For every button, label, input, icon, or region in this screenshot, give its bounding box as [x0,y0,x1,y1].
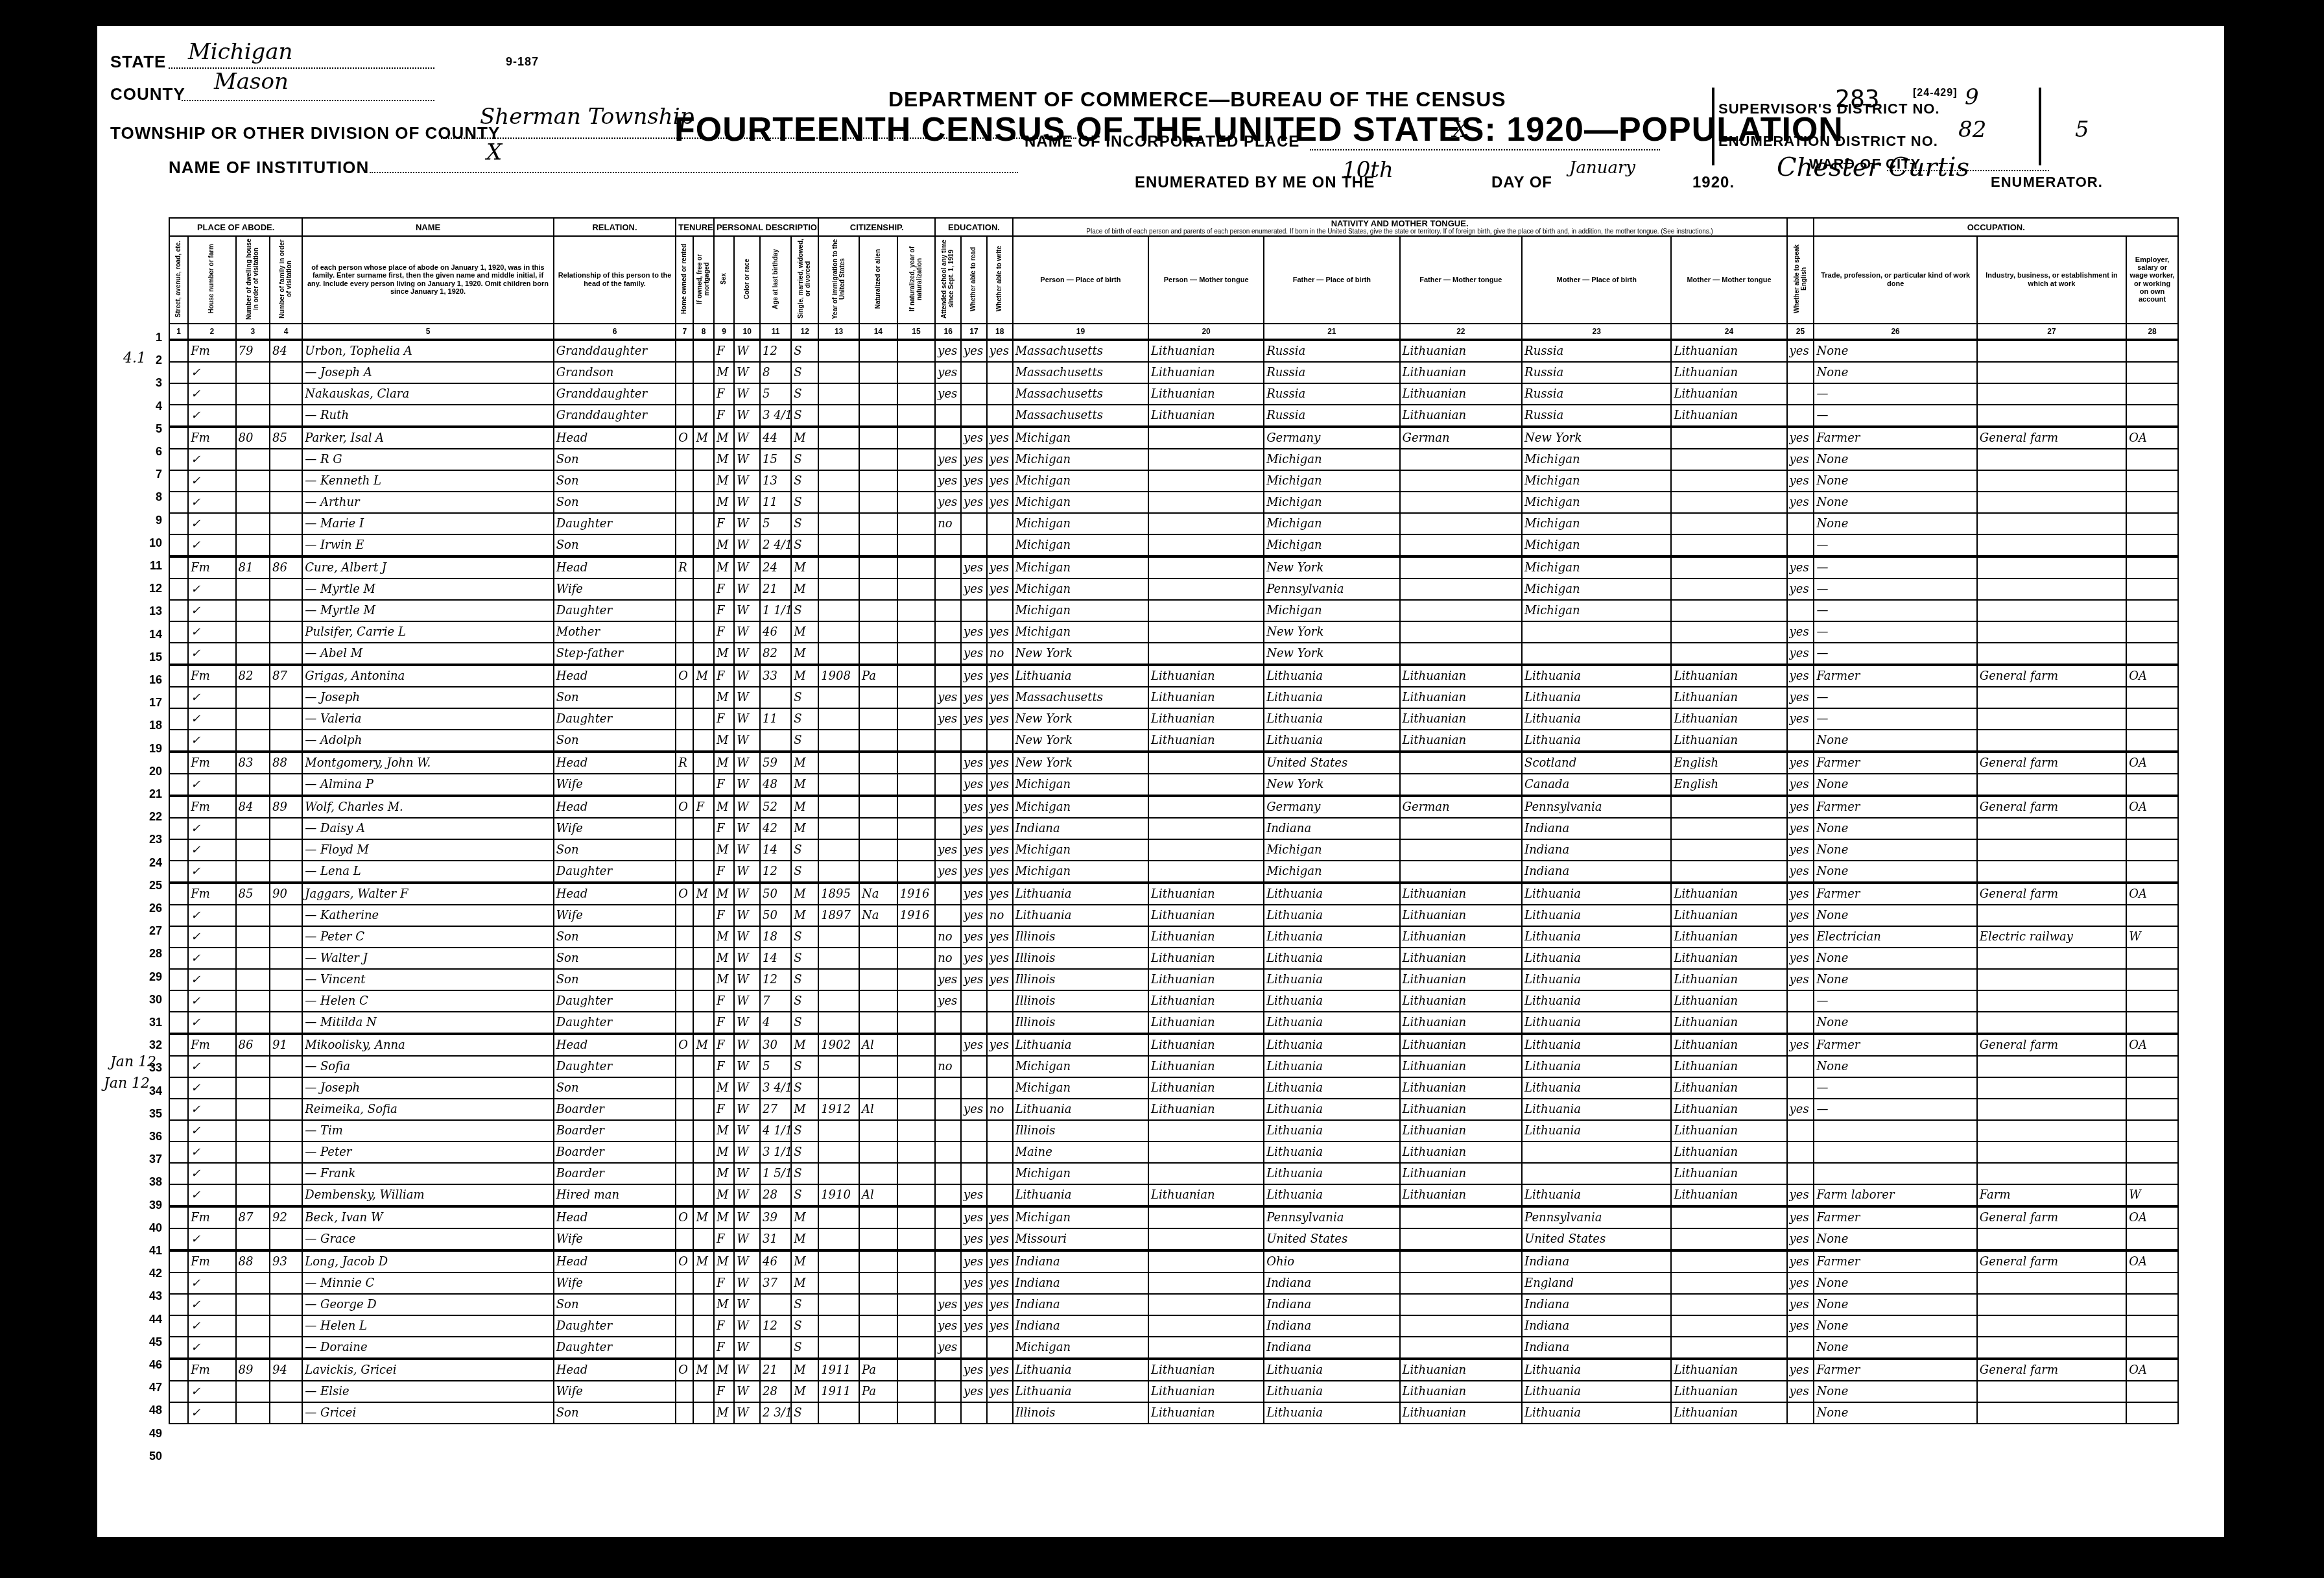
cell-own [676,470,693,492]
cell-age: 39 [760,1206,791,1228]
cell-family [270,1273,302,1294]
cell-tongue [1148,818,1264,839]
cell-name: — Minnie C [302,1273,553,1294]
cell-family [270,730,302,752]
cell-pob: Lithuania [1013,1034,1148,1056]
cell-immig [818,556,859,579]
cell-street [169,621,188,643]
cell-school: yes [935,839,961,861]
cell-school [935,556,961,579]
cell-m-tongue: Lithuanian [1671,1012,1786,1034]
cell-immig [818,752,859,774]
cell-tongue [1148,1163,1264,1184]
cell-occupation: None [1814,1337,1976,1359]
cell-immig [818,818,859,839]
cell-industry [1977,1056,2126,1077]
cell-read: yes [961,774,987,796]
cell-street [169,774,188,796]
cell-natyr [897,665,936,687]
cell-mort [693,600,713,621]
cell-industry [1977,730,2126,752]
cell-f-pob: Michigan [1264,513,1399,534]
cell-immig [818,990,859,1012]
cell-m-pob: Indiana [1522,1337,1671,1359]
table-row: Fm8792Beck, Ivan WHeadOMMW39MyesyesMichi… [169,1206,2178,1228]
cell-pob: Illinois [1013,1012,1148,1034]
cell-read [961,513,987,534]
cell-english: yes [1787,687,1814,708]
cell-m-pob [1522,1142,1671,1163]
cell-own [676,534,693,556]
cell-tongue [1148,427,1264,449]
table-row: ✓— KatherineWifeFW50M1897Na1916yesnoLith… [169,905,2178,926]
cell-name: Pulsifer, Carrie L [302,621,553,643]
cell-m-pob: England [1522,1273,1671,1294]
cell-school [935,665,961,687]
cell-relation: Daughter [554,600,676,621]
cell-own [676,1142,693,1163]
cell-read: yes [961,883,987,905]
cell-name: Montgomery, John W. [302,752,553,774]
cell-relation: Son [554,687,676,708]
cell-family [270,513,302,534]
cell-read: yes [961,861,987,883]
cell-mort [693,948,713,969]
cell-street [169,534,188,556]
line-number: 44 [136,1313,162,1326]
cell-f-tongue: Lithuanian [1400,340,1523,362]
cell-name: — Joseph [302,687,553,708]
sheet-number: 5 [2075,117,2089,143]
cell-immig: 1895 [818,883,859,905]
cell-street [169,1315,188,1337]
cell-employer [2126,905,2178,926]
cell-m-tongue: Lithuanian [1671,1381,1786,1402]
cell-read: yes [961,905,987,926]
cell-natyr [897,449,936,470]
cell-school [935,427,961,449]
cell-write: yes [987,1206,1013,1228]
cell-write: yes [987,708,1013,730]
cell-school [935,1012,961,1034]
cell-relation: Head [554,796,676,818]
cell-english: yes [1787,621,1814,643]
cell-race: W [734,990,760,1012]
cell-m-tongue: Lithuanian [1671,730,1786,752]
cell-write: yes [987,427,1013,449]
cell-pob: Michigan [1013,774,1148,796]
cell-marital: M [791,1273,818,1294]
cell-tongue [1148,1294,1264,1315]
cell-own [676,818,693,839]
cell-write [987,1142,1013,1163]
cell-employer [2126,1402,2178,1424]
cell-f-pob: Michigan [1264,600,1399,621]
col-header-10: Color or race [734,236,760,324]
cell-age: 7 [760,990,791,1012]
cell-f-pob: Ohio [1264,1250,1399,1273]
cell-race: W [734,1359,760,1381]
cell-natyr [897,1402,936,1424]
cell-mort [693,362,713,383]
cell-m-tongue: Lithuanian [1671,1120,1786,1142]
institution-label: NAME OF INSTITUTION [169,158,369,178]
col-header-12: Single, married, widowed, or divorced [791,236,818,324]
cell-dwelling [236,1163,270,1184]
cell-age: 24 [760,556,791,579]
cell-english: yes [1787,556,1814,579]
cell-abode: ✓ [188,1294,235,1315]
cell-nat [859,1273,897,1294]
cell-english: yes [1787,1206,1814,1228]
cell-natyr [897,948,936,969]
cell-f-tongue [1400,752,1523,774]
cell-abode: ✓ [188,969,235,990]
line-number: 17 [136,696,162,710]
cell-occupation: Electrician [1814,926,1976,948]
cell-street [169,1163,188,1184]
cell-race: W [734,1184,760,1206]
cell-natyr [897,926,936,948]
cell-mort [693,1056,713,1077]
cell-race: W [734,556,760,579]
cell-immig [818,969,859,990]
cell-relation: Head [554,883,676,905]
cell-mort [693,1228,713,1250]
cell-f-tongue: Lithuanian [1400,1402,1523,1424]
cell-family [270,492,302,513]
cell-age [760,1337,791,1359]
cell-school [935,1099,961,1120]
column-number: 23 [1522,324,1671,340]
cell-pob: Michigan [1013,1077,1148,1099]
cell-natyr [897,839,936,861]
cell-relation: Head [554,1250,676,1273]
cell-f-pob: Lithuania [1264,1381,1399,1402]
cell-pob: Michigan [1013,449,1148,470]
cell-dwelling [236,1056,270,1077]
cell-read: yes [961,492,987,513]
cell-occupation: — [1814,556,1976,579]
cell-race: W [734,1273,760,1294]
cell-immig [818,1012,859,1034]
cell-f-pob: Lithuania [1264,730,1399,752]
table-row: ✓— Irwin ESonMW2 4/12SMichiganMichiganMi… [169,534,2178,556]
cell-family: 89 [270,796,302,818]
cell-family [270,383,302,405]
cell-mort [693,492,713,513]
col-header-14: Naturalized or alien [859,236,897,324]
line-number: 25 [136,879,162,892]
cell-immig [818,383,859,405]
cell-dwelling [236,513,270,534]
cell-name: — Adolph [302,730,553,752]
cell-write [987,1056,1013,1077]
cell-street [169,883,188,905]
cell-pob: Massachusetts [1013,687,1148,708]
cell-read [961,1163,987,1184]
cell-family: 93 [270,1250,302,1273]
table-row: ✓— AdolphSonMWSNew YorkLithuanianLithuan… [169,730,2178,752]
cell-sex: F [714,405,734,427]
cell-abode: Fm [188,883,235,905]
cell-occupation: — [1814,600,1976,621]
cell-employer: OA [2126,1206,2178,1228]
line-number: 29 [136,970,162,984]
cell-nat [859,861,897,883]
cell-m-pob: Lithuania [1522,926,1671,948]
cell-m-pob: Indiana [1522,1250,1671,1273]
cell-marital: M [791,905,818,926]
line-number: 7 [136,468,162,481]
cell-sex: M [714,796,734,818]
cell-relation: Boarder [554,1142,676,1163]
cell-sex: M [714,1294,734,1315]
cell-mort: M [693,1206,713,1228]
cell-abode: ✓ [188,1315,235,1337]
cell-sex: M [714,926,734,948]
cell-name: Cure, Albert J [302,556,553,579]
cell-school: yes [935,1337,961,1359]
cell-marital: S [791,513,818,534]
group-personal-description: PERSONAL DESCRIPTION. [714,218,818,236]
cell-mort: M [693,665,713,687]
cell-own [676,1056,693,1077]
cell-english [1787,600,1814,621]
cell-f-tongue [1400,470,1523,492]
cell-age: 12 [760,861,791,883]
cell-marital: S [791,1120,818,1142]
cell-natyr [897,1206,936,1228]
cell-employer [2126,861,2178,883]
cell-family: 88 [270,752,302,774]
cell-f-tongue [1400,556,1523,579]
cell-f-pob: Germany [1264,427,1399,449]
cell-tongue [1148,1206,1264,1228]
cell-abode: ✓ [188,449,235,470]
cell-own: O [676,1359,693,1381]
cell-relation: Wife [554,905,676,926]
cell-occupation: None [1814,1315,1976,1337]
cell-race: W [734,1163,760,1184]
cell-school [935,1184,961,1206]
cell-employer [2126,730,2178,752]
cell-write [987,383,1013,405]
cell-english [1787,1012,1814,1034]
cell-mort [693,730,713,752]
cell-name: — Arthur [302,492,553,513]
cell-relation: Granddaughter [554,383,676,405]
col-header-5: of each person whose place of abode on J… [302,236,553,324]
cell-industry: General farm [1977,1359,2126,1381]
cell-tongue: Lithuanian [1148,362,1264,383]
cell-occupation: — [1814,1099,1976,1120]
cell-marital: M [791,1381,818,1402]
line-number: 16 [136,673,162,687]
cell-school [935,1120,961,1142]
cell-nat [859,427,897,449]
cell-english: yes [1787,1099,1814,1120]
column-number: 3 [236,324,270,340]
cell-pob: Illinois [1013,948,1148,969]
cell-occupation: None [1814,969,1976,990]
cell-m-tongue [1671,579,1786,600]
cell-marital: S [791,383,818,405]
cell-write: yes [987,839,1013,861]
incorporated-label: NAME OF INCORPORATED PLACE [1025,133,1299,151]
cell-sex: M [714,534,734,556]
cell-relation: Head [554,427,676,449]
cell-relation: Step-father [554,643,676,665]
cell-write: yes [987,1034,1013,1056]
cell-street [169,1381,188,1402]
cell-sex: F [714,905,734,926]
cell-m-pob: Lithuania [1522,1099,1671,1120]
cell-write [987,1163,1013,1184]
incorporated-underline [1310,149,1660,150]
cell-immig [818,730,859,752]
cell-m-tongue [1671,1228,1786,1250]
cell-english: yes [1787,427,1814,449]
column-number: 1 [169,324,188,340]
cell-dwelling [236,861,270,883]
line-number: 47 [136,1381,162,1394]
cell-industry [1977,774,2126,796]
cell-race: W [734,796,760,818]
cell-relation: Son [554,948,676,969]
cell-abode: Fm [188,665,235,687]
cell-age: 5 [760,513,791,534]
cell-english: yes [1787,1228,1814,1250]
cell-own [676,1228,693,1250]
cell-age: 37 [760,1273,791,1294]
cell-street [169,1294,188,1315]
cell-race: W [734,752,760,774]
cell-dwelling [236,839,270,861]
cell-write: yes [987,1273,1013,1294]
cell-nat [859,492,897,513]
cell-marital: S [791,600,818,621]
cell-occupation: None [1814,1228,1976,1250]
cell-natyr [897,427,936,449]
cell-natyr [897,730,936,752]
cell-m-pob: Canada [1522,774,1671,796]
cell-employer [2126,556,2178,579]
cell-occupation: None [1814,905,1976,926]
cell-read: yes [961,449,987,470]
line-number: 19 [136,742,162,756]
cell-english [1787,1056,1814,1077]
cell-write: yes [987,1250,1013,1273]
cell-f-tongue: Lithuanian [1400,665,1523,687]
cell-natyr [897,1120,936,1142]
cell-marital: S [791,687,818,708]
cell-mort [693,1163,713,1184]
cell-read: yes [961,1359,987,1381]
cell-street [169,383,188,405]
table-row: Fm8691Mikoolisky, AnnaHeadOMFW30M1902Aly… [169,1034,2178,1056]
cell-occupation: — [1814,579,1976,600]
cell-name: Wolf, Charles M. [302,796,553,818]
cell-nat [859,687,897,708]
cell-immig [818,926,859,948]
table-row: ✓— Mitilda NDaughterFW4SIllinoisLithuani… [169,1012,2178,1034]
cell-name: — Myrtle M [302,600,553,621]
cell-pob: Massachusetts [1013,362,1148,383]
col-header-6: Relationship of this person to the head … [554,236,676,324]
col-header-3: Number of dwelling house in order of vis… [236,236,270,324]
cell-write: yes [987,556,1013,579]
group-education: EDUCATION. [935,218,1012,236]
cell-name: — Joseph A [302,362,553,383]
cell-school [935,796,961,818]
cell-street [169,818,188,839]
cell-race: W [734,643,760,665]
cell-nat [859,405,897,427]
cell-family [270,405,302,427]
cell-read: yes [961,1184,987,1206]
cell-dwelling: 79 [236,340,270,362]
cell-industry [1977,839,2126,861]
cell-marital: S [791,534,818,556]
cell-tongue [1148,579,1264,600]
cell-name: Nakauskas, Clara [302,383,553,405]
table-row: ✓— VincentSonMW12SyesyesyesIllinoisLithu… [169,969,2178,990]
cell-relation: Granddaughter [554,340,676,362]
cell-read [961,362,987,383]
line-number: 10 [136,536,162,550]
cell-own: O [676,665,693,687]
cell-school [935,643,961,665]
cell-employer [2126,534,2178,556]
cell-m-tongue [1671,534,1786,556]
cell-pob: Indiana [1013,1250,1148,1273]
cell-read [961,1142,987,1163]
cell-marital: S [791,1056,818,1077]
cell-street [169,1184,188,1206]
cell-f-tongue [1400,621,1523,643]
cell-natyr [897,990,936,1012]
cell-write: yes [987,1359,1013,1381]
cell-tongue [1148,600,1264,621]
cell-immig [818,579,859,600]
cell-f-pob: Germany [1264,796,1399,818]
cell-tongue: Lithuanian [1148,1381,1264,1402]
cell-english: yes [1787,1381,1814,1402]
cell-mort [693,383,713,405]
cell-natyr [897,1228,936,1250]
cell-own [676,600,693,621]
cell-name: Urbon, Tophelia A [302,340,553,362]
cell-pob: Massachusetts [1013,383,1148,405]
cell-nat [859,818,897,839]
cell-school [935,1250,961,1273]
cell-immig [818,1402,859,1424]
cell-pob: New York [1013,708,1148,730]
table-row: ✓— ValeriaDaughterFW11SyesyesyesNew York… [169,708,2178,730]
table-row: ✓Pulsifer, Carrie LMotherFW46MyesyesMich… [169,621,2178,643]
col-header-23: Mother — Place of birth [1522,236,1671,324]
table-row: Fm8489Wolf, Charles M.HeadOFMW52MyesyesM… [169,796,2178,818]
line-number: 21 [136,787,162,801]
cell-pob: Lithuania [1013,1099,1148,1120]
column-number: 2 [188,324,235,340]
enumerated-day: 10th [1342,157,1393,183]
cell-school: no [935,513,961,534]
cell-f-pob: United States [1264,752,1399,774]
cell-family: 94 [270,1359,302,1381]
cell-race: W [734,730,760,752]
